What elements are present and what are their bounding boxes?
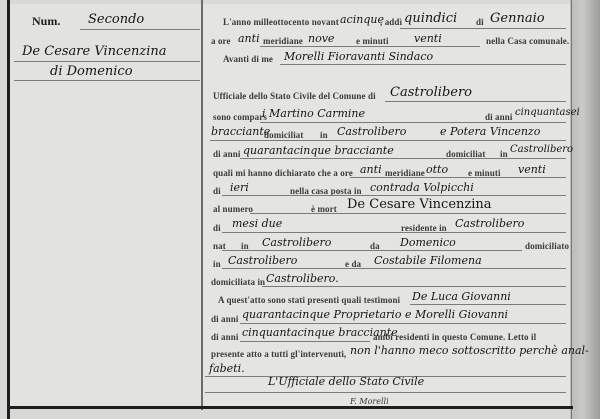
printed-text: di bbox=[476, 17, 484, 27]
rule bbox=[14, 61, 200, 62]
handwritten-minutes2: venti bbox=[518, 163, 546, 176]
father-name-margin: di Domenico bbox=[50, 64, 133, 79]
bottom-border bbox=[7, 406, 573, 409]
handwritten-father-residence: Castrolibero bbox=[228, 254, 297, 267]
printed-text: di anni bbox=[213, 149, 240, 159]
handwritten-profession1: bracciante bbox=[211, 125, 270, 138]
rule bbox=[250, 213, 566, 214]
rule bbox=[222, 195, 566, 196]
rule bbox=[260, 122, 566, 123]
handwritten-declarant1: i Martino Carmine bbox=[262, 107, 365, 120]
rule bbox=[222, 268, 566, 269]
handwritten-day: quindici bbox=[404, 11, 457, 26]
handwritten-witness-details: quarantacinque Proprietario e Morelli Gi… bbox=[242, 308, 508, 321]
handwritten-hour2: otto bbox=[426, 163, 448, 176]
printed-text: a ore bbox=[211, 36, 231, 46]
rule bbox=[210, 140, 566, 141]
handwritten-officer: Morelli Fioravanti Sindaco bbox=[284, 50, 433, 63]
handwritten-month: Gennaio bbox=[490, 11, 545, 26]
handwritten-residence1: Castrolibero bbox=[337, 125, 406, 138]
handwritten-deceased-name: De Cesare Vincenzina bbox=[347, 197, 492, 212]
printed-text: di anni bbox=[485, 112, 512, 122]
officer-signature: F. Morelli bbox=[350, 397, 389, 406]
handwritten-age1: cinquantasei bbox=[515, 107, 580, 118]
rule bbox=[350, 177, 566, 178]
printed-text: A quest'atto sono stati presenti quali t… bbox=[218, 295, 400, 305]
printed-text: ambi residenti in questo Comune. Letto i… bbox=[373, 332, 536, 342]
deceased-name-margin: De Cesare Vincenzina bbox=[22, 44, 167, 59]
printed-text: in bbox=[320, 130, 328, 140]
document-page: Num. Secondo De Cesare Vincenzina di Dom… bbox=[0, 0, 600, 419]
handwritten-ante2: anti bbox=[360, 163, 382, 176]
printed-text: di bbox=[213, 186, 221, 196]
handwritten-ante: anti bbox=[238, 32, 260, 45]
printed-text: L'anno milleottocento novant bbox=[223, 17, 339, 27]
handwritten-witness1: De Luca Giovanni bbox=[412, 290, 511, 303]
printed-text: domiciliat bbox=[264, 130, 304, 140]
handwritten-closing-end: fabeti. bbox=[209, 362, 245, 375]
officer-signature-title: L'Ufficiale dello Stato Civile bbox=[268, 375, 424, 388]
handwritten-residence3: Castrolibero bbox=[455, 217, 524, 230]
handwritten-birthplace: Castrolibero bbox=[262, 236, 331, 249]
handwritten-comune: Castrolibero bbox=[390, 85, 472, 100]
handwritten-day2: ieri bbox=[230, 181, 249, 194]
record-number-value: Secondo bbox=[88, 12, 144, 27]
printed-text: Avanti di me bbox=[223, 54, 273, 64]
rule bbox=[280, 64, 566, 65]
handwritten-mother-residence: Castrolibero. bbox=[266, 272, 339, 285]
printed-text: domiciliato bbox=[525, 241, 569, 251]
rule bbox=[262, 286, 566, 287]
printed-text: di bbox=[213, 223, 221, 233]
rule bbox=[385, 101, 566, 102]
printed-text: , addì bbox=[380, 17, 402, 27]
handwritten-place: contrada Volpicchi bbox=[370, 181, 474, 194]
rule bbox=[205, 392, 566, 393]
rule bbox=[410, 304, 566, 305]
printed-text: di anni bbox=[211, 314, 238, 324]
handwritten-mother: Costabile Filomena bbox=[374, 254, 482, 267]
rule bbox=[222, 250, 522, 251]
printed-text: nella Casa comunale. bbox=[486, 36, 569, 46]
handwritten-minutes: venti bbox=[414, 32, 442, 45]
rule bbox=[240, 158, 566, 159]
handwritten-residence2: Castrolibero bbox=[510, 144, 573, 155]
printed-text: in bbox=[213, 259, 221, 269]
printed-text: domiciliata in bbox=[211, 277, 265, 287]
rule bbox=[222, 232, 566, 233]
record-number-label: Num. bbox=[32, 14, 60, 29]
printed-text: sono compars bbox=[213, 112, 267, 122]
rule bbox=[400, 28, 566, 29]
handwritten-closing: non l'hanno meco sottoscritto perchè ana… bbox=[350, 344, 589, 357]
rule bbox=[80, 29, 200, 30]
printed-text: Ufficiale dello Stato Civile del Comune … bbox=[213, 91, 376, 101]
printed-text: presente atto a tutti gl'intervenuti, bbox=[211, 349, 346, 359]
printed-text: meridiane bbox=[263, 36, 303, 46]
rule bbox=[14, 80, 200, 81]
rule bbox=[240, 341, 370, 342]
handwritten-age-deceased: mesi due bbox=[232, 217, 282, 230]
printed-text: e minuti bbox=[356, 36, 389, 46]
handwritten-declarant2: e Potera Vincenzo bbox=[440, 125, 540, 138]
handwritten-father: Domenico bbox=[400, 236, 456, 249]
handwritten-year: acinque bbox=[340, 13, 384, 26]
handwritten-hour: nove bbox=[308, 32, 334, 45]
rule bbox=[240, 323, 566, 324]
printed-text: quali mi hanno dichiarato che a ore bbox=[213, 168, 353, 178]
printed-text: al numero bbox=[213, 204, 253, 214]
printed-text: di anni bbox=[211, 332, 238, 342]
rule bbox=[260, 46, 480, 47]
handwritten-age-profession2: quarantacinque bracciante bbox=[243, 144, 394, 157]
